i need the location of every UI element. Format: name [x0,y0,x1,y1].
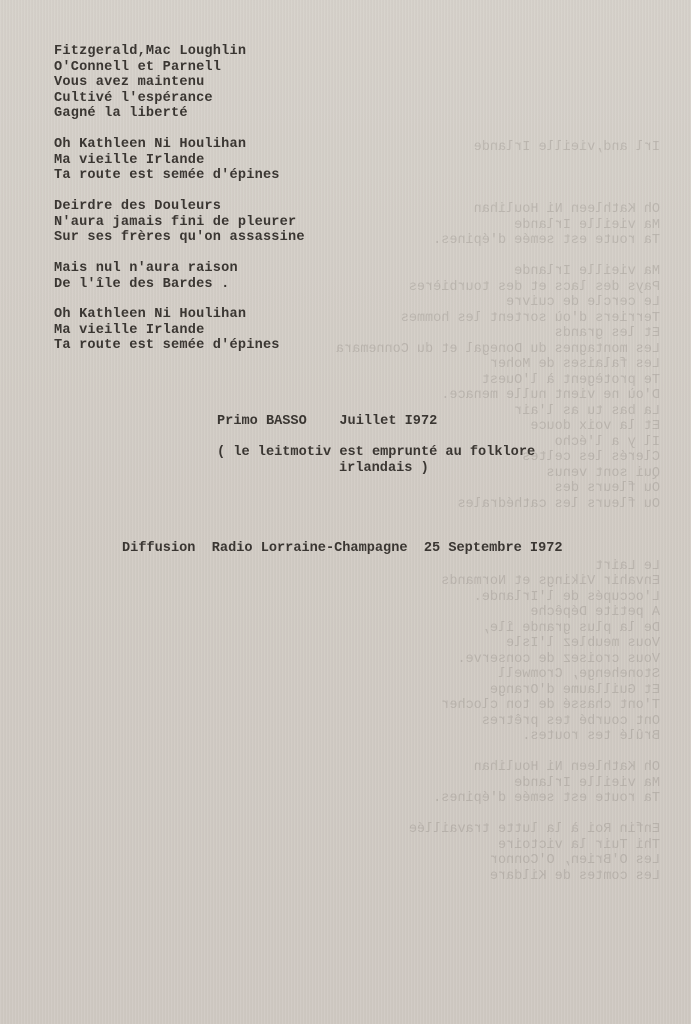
stanza: Mais nul n'aura raison De l'île des Bard… [54,261,238,292]
broadcast-info: Diffusion Radio Lorraine-Champagne 25 Se… [122,541,563,556]
verse-line: Deirdre des Douleurs [54,199,305,215]
verse-line: Ta route est semée d'épines [54,338,280,354]
verse-line: Fitzgerald,Mac Loughlin [54,44,246,60]
verse-line: Mais nul n'aura raison [54,261,238,277]
verse-line: Ma vieille Irlande [54,323,280,339]
verse-line: N'aura jamais fini de pleurer [54,215,305,231]
stanza: Fitzgerald,Mac Loughlin O'Connell et Par… [54,44,246,122]
broadcast-station: Radio Lorraine-Champagne [212,541,408,556]
verse-line: Oh Kathleen Ni Houlihan [54,137,280,153]
verse-line: Sur ses frères qu'on assassine [54,230,305,246]
stanza: Oh Kathleen Ni Houlihan Ma vieille Irlan… [54,137,280,184]
stanza: Deirdre des Douleurs N'aura jamais fini … [54,199,305,246]
reverse-side-bleed-through: Irl and,vieille Irlande Oh Kathleen Ni H… [330,140,660,884]
composition-date: Juillet I972 [339,414,437,429]
verse-line: Oh Kathleen Ni Houlihan [54,307,280,323]
note-line: ( le leitmotiv est emprunté au folklore [217,445,535,460]
typewritten-page: Irl and,vieille Irlande Oh Kathleen Ni H… [0,0,691,1024]
verse-line: De l'île des Bardes . [54,277,238,293]
stanza: Oh Kathleen Ni Houlihan Ma vieille Irlan… [54,307,280,354]
verse-line: Ta route est semée d'épines [54,168,280,184]
author-name: Primo BASSO [217,414,307,429]
verse-line: Ma vieille Irlande [54,153,280,169]
verse-line: Gagné la liberté [54,106,246,122]
verse-line: O'Connell et Parnell [54,60,246,76]
verse-line: Vous avez maintenu [54,75,246,91]
broadcast-date: 25 Septembre I972 [424,541,563,556]
note-line: irlandais ) [217,461,657,477]
broadcast-label: Diffusion [122,541,195,556]
leitmotiv-note: ( le leitmotiv est emprunté au folklore … [217,445,657,477]
author-signature: Primo BASSO Juillet I972 [217,414,437,429]
verse-line: Cultivé l'espérance [54,91,246,107]
